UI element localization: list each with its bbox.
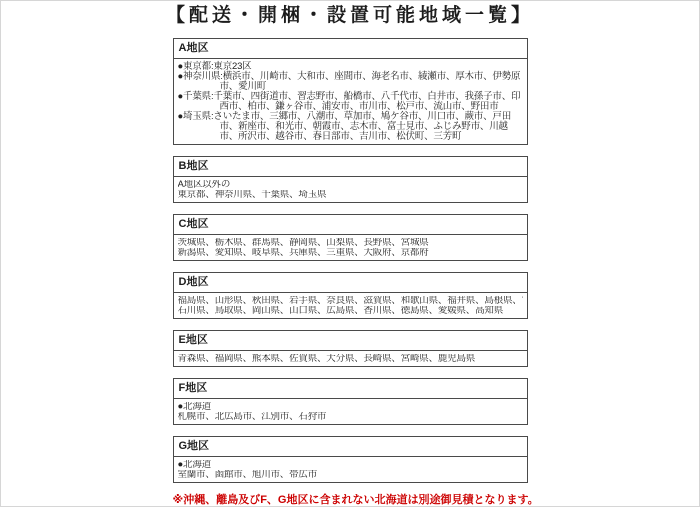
region-line: 茨城県、栃木県、群馬県、静岡県、山梨県、長野県、宮城県 (178, 238, 523, 248)
region-line: 札幌市、北広島市、江別市、石狩市 (178, 412, 523, 422)
entry-label: ●神奈川県: (178, 71, 223, 82)
section-f-body: ●北海道 札幌市、北広島市、江別市、石狩市 (174, 399, 527, 424)
region-line: 新潟県、愛知県、岐阜県、兵庫県、三重県、大阪府、京都府 (178, 248, 523, 258)
region-line: 福島県、山形県、秋田県、岩手県、奈良県、滋賀県、和歌山県、福井県、島根県、富山県… (178, 296, 523, 306)
entry-text: 横浜市、川崎市、大和市、座間市、海老名市、綾瀬市、厚木市、伊勢原市、愛川町 (220, 71, 521, 92)
region-line: 青森県、福岡県、熊本県、佐賀県、大分県、長崎県、宮崎県、鹿児島県 (178, 354, 523, 364)
region-list: A地区 ●東京都:東京23区 ●神奈川県:横浜市、川崎市、大和市、座間市、海老名… (173, 38, 528, 483)
region-line: ●北海道 (178, 460, 523, 470)
section-d-body: 福島県、山形県、秋田県、岩手県、奈良県、滋賀県、和歌山県、福井県、島根県、富山県… (174, 293, 527, 318)
section-f-heading: F地区 (174, 379, 527, 399)
entry-text: 千葉市、四街道市、習志野市、船橋市、八千代市、白井市、我孫子市、印西市、柏市、鎌… (213, 91, 520, 112)
section-b-heading: B地区 (174, 157, 527, 177)
entry-label: ●埼玉県: (178, 111, 214, 122)
section-d: D地区 福島県、山形県、秋田県、岩手県、奈良県、滋賀県、和歌山県、福井県、島根県… (173, 272, 528, 319)
entry-saitama: ●埼玉県:さいたま市、三郷市、八潮市、草加市、鳩ケ谷市、川口市、蕨市、戸田市、新… (178, 112, 523, 142)
section-b: B地区 A地区以外の 東京都、神奈川県、千葉県、埼玉県 (173, 156, 528, 203)
section-c: C地区 茨城県、栃木県、群馬県、静岡県、山梨県、長野県、宮城県 新潟県、愛知県、… (173, 214, 528, 261)
entry-chiba: ●千葉県:千葉市、四街道市、習志野市、船橋市、八千代市、白井市、我孫子市、印西市… (178, 92, 523, 112)
section-d-heading: D地区 (174, 273, 527, 293)
entry-label: ●千葉県: (178, 91, 214, 102)
section-g-heading: G地区 (174, 437, 527, 457)
section-a-body: ●東京都:東京23区 ●神奈川県:横浜市、川崎市、大和市、座間市、海老名市、綾瀬… (174, 59, 527, 144)
entry-kanagawa: ●神奈川県:横浜市、川崎市、大和市、座間市、海老名市、綾瀬市、厚木市、伊勢原市、… (178, 72, 523, 92)
section-a: A地区 ●東京都:東京23区 ●神奈川県:横浜市、川崎市、大和市、座間市、海老名… (173, 38, 528, 145)
entry-text: さいたま市、三郷市、八潮市、草加市、鳩ケ谷市、川口市、蕨市、戸田市、新座市、和光… (213, 111, 511, 142)
section-e-heading: E地区 (174, 331, 527, 351)
section-e: E地区 青森県、福岡県、熊本県、佐賀県、大分県、長崎県、宮崎県、鹿児島県 (173, 330, 528, 367)
section-c-heading: C地区 (174, 215, 527, 235)
section-g-body: ●北海道 室蘭市、函館市、旭川市、帯広市 (174, 457, 527, 482)
section-c-body: 茨城県、栃木県、群馬県、静岡県、山梨県、長野県、宮城県 新潟県、愛知県、岐阜県、… (174, 235, 527, 260)
region-line: 室蘭市、函館市、旭川市、帯広市 (178, 470, 523, 480)
section-f: F地区 ●北海道 札幌市、北広島市、江別市、石狩市 (173, 378, 528, 425)
section-b-body: A地区以外の 東京都、神奈川県、千葉県、埼玉県 (174, 177, 527, 202)
region-line: 東京都、神奈川県、千葉県、埼玉県 (178, 190, 523, 200)
exclusion-note: ※沖縄、離島及びF、G地区に含まれない北海道は別途御見積となります。 (173, 494, 528, 506)
region-line: 石川県、鳥取県、岡山県、山口県、広島県、香川県、徳島県、愛媛県、高知県 (178, 306, 523, 316)
region-line: A地区以外の (178, 180, 523, 190)
section-a-heading: A地区 (174, 39, 527, 59)
section-g: G地区 ●北海道 室蘭市、函館市、旭川市、帯広市 (173, 436, 528, 483)
page-title: 【配送・開梱・設置可能地域一覧】 (1, 1, 699, 27)
document-page: 【配送・開梱・設置可能地域一覧】 A地区 ●東京都:東京23区 ●神奈川県:横浜… (0, 0, 700, 507)
region-line: ●北海道 (178, 402, 523, 412)
section-e-body: 青森県、福岡県、熊本県、佐賀県、大分県、長崎県、宮崎県、鹿児島県 (174, 351, 527, 366)
